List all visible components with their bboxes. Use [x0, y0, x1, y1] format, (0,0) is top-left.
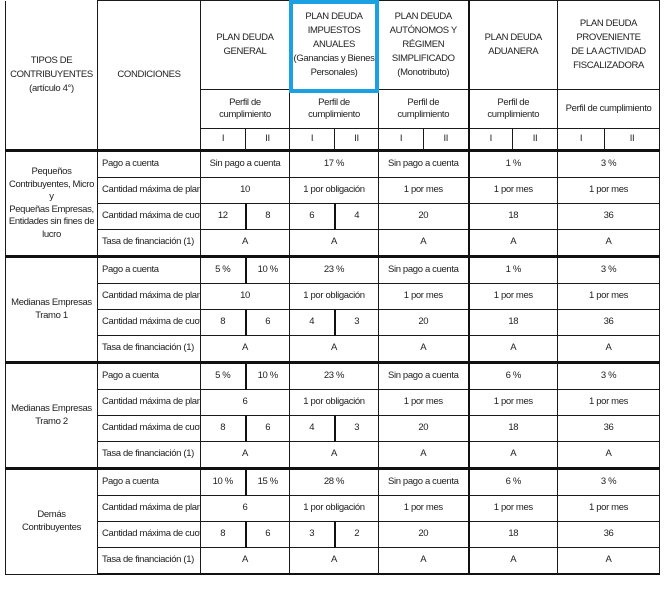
- header-row-plans: TIPOS DECONTRIBUYENTES(artículo 4°) COND…: [6, 1, 660, 90]
- table-row: Cantidad máxima de cuotas8643201836: [6, 416, 660, 442]
- perfil-label: Perfil de cumplimiento: [290, 90, 379, 129]
- value-cell-general-i: 8: [201, 310, 246, 336]
- value-cell-general-i: 10 %: [201, 469, 246, 496]
- value-cell-fiscalizadora: 3 %: [558, 151, 660, 178]
- profile-level: I: [201, 129, 246, 151]
- value-cell-anuales: A: [290, 442, 379, 469]
- value-cell-autonomos: A: [379, 442, 469, 469]
- condition-label: Tasa de financiación (1): [98, 548, 201, 575]
- condition-label: Cantidad máxima de planes: [98, 178, 201, 204]
- value-cell-anuales: A: [290, 548, 379, 575]
- value-cell-aduanera: 18: [469, 416, 558, 442]
- header-plan-autonomos: PLAN DEUDAAUTÓNOMOS YRÉGIMEN SIMPLIFICAD…: [379, 1, 469, 90]
- table-row: Tasa de financiación (1)AAAAA: [6, 548, 660, 575]
- value-cell-general: A: [201, 336, 290, 363]
- value-cell-aduanera: 6 %: [469, 363, 558, 390]
- value-cell-fiscalizadora: A: [558, 230, 660, 257]
- perfil-label: Perfil de cumplimiento: [558, 90, 660, 129]
- value-cell-fiscalizadora: 3 %: [558, 469, 660, 496]
- value-cell-anuales: 23 %: [290, 363, 379, 390]
- value-cell-general: A: [201, 548, 290, 575]
- value-cell-general: 10: [201, 178, 290, 204]
- table-row: Cantidad máxima de planes61 por obligaci…: [6, 390, 660, 416]
- value-cell-aduanera: 1 por mes: [469, 496, 558, 522]
- header-condiciones: CONDICIONES: [98, 1, 201, 151]
- value-cell-fiscalizadora: 3 %: [558, 363, 660, 390]
- value-cell-anuales-i: 6: [290, 204, 335, 230]
- taxpayer-type-cell: Demás Contribuyentes: [6, 469, 98, 575]
- value-cell-autonomos: Sin pago a cuenta: [379, 363, 469, 390]
- value-cell-aduanera: 1 por mes: [469, 178, 558, 204]
- value-cell-anuales: 1 por obligación: [290, 284, 379, 310]
- value-cell-general-ii: 10 %: [246, 363, 290, 390]
- value-cell-anuales-ii: 4: [335, 204, 379, 230]
- value-cell-general-i: 12: [201, 204, 246, 230]
- table-row: Cantidad máxima de planes101 por obligac…: [6, 284, 660, 310]
- condition-label: Cantidad máxima de cuotas: [98, 204, 201, 230]
- value-cell-fiscalizadora: A: [558, 336, 660, 363]
- table-row: Cantidad máxima de planes61 por obligaci…: [6, 496, 660, 522]
- value-cell-anuales: 28 %: [290, 469, 379, 496]
- profile-level: II: [424, 129, 469, 151]
- payment-plans-table: TIPOS DECONTRIBUYENTES(artículo 4°) COND…: [5, 0, 660, 575]
- value-cell-general: 10: [201, 284, 290, 310]
- value-cell-aduanera: A: [469, 548, 558, 575]
- condition-label: Cantidad máxima de cuotas: [98, 522, 201, 548]
- value-cell-autonomos: Sin pago a cuenta: [379, 469, 469, 496]
- condition-label: Pago a cuenta: [98, 257, 201, 284]
- value-cell-general-ii: 6: [246, 310, 290, 336]
- value-cell-general-i: 5 %: [201, 257, 246, 284]
- value-cell-autonomos: 1 por mes: [379, 390, 469, 416]
- table-row: Demás ContribuyentesPago a cuenta10 %15 …: [6, 469, 660, 496]
- value-cell-aduanera: A: [469, 336, 558, 363]
- value-cell-general-i: 8: [201, 522, 246, 548]
- value-cell-autonomos: 20: [379, 310, 469, 336]
- header-plan-impuestos-anuales: PLAN DEUDAIMPUESTOS ANUALES(Ganancias y …: [290, 1, 379, 90]
- value-cell-general: 6: [201, 496, 290, 522]
- value-cell-general: A: [201, 230, 290, 257]
- profile-level: II: [513, 129, 558, 151]
- value-cell-fiscalizadora: 1 por mes: [558, 178, 660, 204]
- value-cell-autonomos: 20: [379, 204, 469, 230]
- header-tipos: TIPOS DECONTRIBUYENTES(artículo 4°): [6, 1, 98, 151]
- value-cell-aduanera: 1 %: [469, 151, 558, 178]
- profile-level: I: [558, 129, 605, 151]
- value-cell-anuales-i: 3: [290, 522, 335, 548]
- taxpayer-type-cell: Medianas EmpresasTramo 2: [6, 363, 98, 469]
- value-cell-fiscalizadora: 36: [558, 416, 660, 442]
- table-row: Tasa de financiación (1)AAAAA: [6, 336, 660, 363]
- condition-label: Cantidad máxima de cuotas: [98, 310, 201, 336]
- value-cell-aduanera: 18: [469, 310, 558, 336]
- value-cell-anuales: 1 por obligación: [290, 390, 379, 416]
- condition-label: Tasa de financiación (1): [98, 230, 201, 257]
- condition-label: Cantidad máxima de cuotas: [98, 416, 201, 442]
- profile-level: II: [246, 129, 290, 151]
- value-cell-autonomos: A: [379, 548, 469, 575]
- value-cell-anuales-i: 4: [290, 416, 335, 442]
- perfil-label: Perfil de cumplimiento: [469, 90, 558, 129]
- table-row: Medianas EmpresasTramo 1Pago a cuenta5 %…: [6, 257, 660, 284]
- profile-level: I: [290, 129, 335, 151]
- value-cell-general-i: 5 %: [201, 363, 246, 390]
- value-cell-fiscalizadora: 3 %: [558, 257, 660, 284]
- value-cell-general-ii: 10 %: [246, 257, 290, 284]
- value-cell-fiscalizadora: A: [558, 548, 660, 575]
- condition-label: Pago a cuenta: [98, 151, 201, 178]
- condition-label: Pago a cuenta: [98, 469, 201, 496]
- table-row: Medianas EmpresasTramo 2Pago a cuenta5 %…: [6, 363, 660, 390]
- table-row: Cantidad máxima de planes101 por obligac…: [6, 178, 660, 204]
- profile-level: I: [469, 129, 513, 151]
- value-cell-autonomos: Sin pago a cuenta: [379, 151, 469, 178]
- condition-label: Tasa de financiación (1): [98, 442, 201, 469]
- value-cell-fiscalizadora: 36: [558, 310, 660, 336]
- value-cell-anuales-i: 4: [290, 310, 335, 336]
- table-row: Cantidad máxima de cuotas12864201836: [6, 204, 660, 230]
- value-cell-general: A: [201, 442, 290, 469]
- condition-label: Pago a cuenta: [98, 363, 201, 390]
- value-cell-autonomos: 20: [379, 416, 469, 442]
- value-cell-autonomos: 1 por mes: [379, 284, 469, 310]
- taxpayer-type-cell: Medianas EmpresasTramo 1: [6, 257, 98, 363]
- value-cell-fiscalizadora: A: [558, 442, 660, 469]
- value-cell-general-ii: 15 %: [246, 469, 290, 496]
- profile-level: I: [379, 129, 424, 151]
- profile-level: II: [605, 129, 660, 151]
- value-cell-general-ii: 6: [246, 522, 290, 548]
- value-cell-autonomos: A: [379, 336, 469, 363]
- value-cell-anuales: 1 por obligación: [290, 496, 379, 522]
- value-cell-general: Sin pago a cuenta: [201, 151, 290, 178]
- value-cell-aduanera: A: [469, 442, 558, 469]
- value-cell-anuales: 17 %: [290, 151, 379, 178]
- value-cell-aduanera: 18: [469, 204, 558, 230]
- profile-level: II: [335, 129, 379, 151]
- condition-label: Cantidad máxima de planes: [98, 284, 201, 310]
- value-cell-fiscalizadora: 1 por mes: [558, 284, 660, 310]
- condition-label: Tasa de financiación (1): [98, 336, 201, 363]
- header-plan-general: PLAN DEUDA GENERAL: [201, 1, 290, 90]
- value-cell-anuales: A: [290, 336, 379, 363]
- value-cell-anuales: 23 %: [290, 257, 379, 284]
- value-cell-general-ii: 6: [246, 416, 290, 442]
- table-row: Cantidad máxima de cuotas8632201836: [6, 522, 660, 548]
- perfil-label: Perfil de cumplimiento: [379, 90, 469, 129]
- value-cell-autonomos: 1 por mes: [379, 496, 469, 522]
- value-cell-autonomos: 1 por mes: [379, 178, 469, 204]
- header-plan-aduanera: PLAN DEUDAADUANERA: [469, 1, 558, 90]
- value-cell-general: 6: [201, 390, 290, 416]
- table-row: Tasa de financiación (1)AAAAA: [6, 230, 660, 257]
- value-cell-anuales-ii: 3: [335, 310, 379, 336]
- taxpayer-type-cell: PequeñosContribuyentes, Micro yPequeñas …: [6, 151, 98, 257]
- value-cell-aduanera: 6 %: [469, 469, 558, 496]
- value-cell-anuales: 1 por obligación: [290, 178, 379, 204]
- perfil-label: Perfil de cumplimiento: [201, 90, 290, 129]
- condition-label: Cantidad máxima de planes: [98, 390, 201, 416]
- value-cell-aduanera: 1 por mes: [469, 390, 558, 416]
- value-cell-general-i: 8: [201, 416, 246, 442]
- value-cell-autonomos: A: [379, 230, 469, 257]
- value-cell-autonomos: 20: [379, 522, 469, 548]
- value-cell-anuales-ii: 3: [335, 416, 379, 442]
- value-cell-autonomos: Sin pago a cuenta: [379, 257, 469, 284]
- value-cell-anuales: A: [290, 230, 379, 257]
- value-cell-anuales-ii: 2: [335, 522, 379, 548]
- value-cell-fiscalizadora: 1 por mes: [558, 496, 660, 522]
- condition-label: Cantidad máxima de planes: [98, 496, 201, 522]
- value-cell-general-ii: 8: [246, 204, 290, 230]
- value-cell-fiscalizadora: 36: [558, 522, 660, 548]
- value-cell-fiscalizadora: 36: [558, 204, 660, 230]
- value-cell-aduanera: A: [469, 230, 558, 257]
- value-cell-fiscalizadora: 1 por mes: [558, 390, 660, 416]
- value-cell-aduanera: 1 por mes: [469, 284, 558, 310]
- value-cell-aduanera: 1 %: [469, 257, 558, 284]
- table-row: Cantidad máxima de cuotas8643201836: [6, 310, 660, 336]
- value-cell-aduanera: 18: [469, 522, 558, 548]
- table-row: Tasa de financiación (1)AAAAA: [6, 442, 660, 469]
- table-row: PequeñosContribuyentes, Micro yPequeñas …: [6, 151, 660, 178]
- header-plan-fiscalizadora: PLAN DEUDA PROVENIENTEDE LA ACTIVIDADFIS…: [558, 1, 660, 90]
